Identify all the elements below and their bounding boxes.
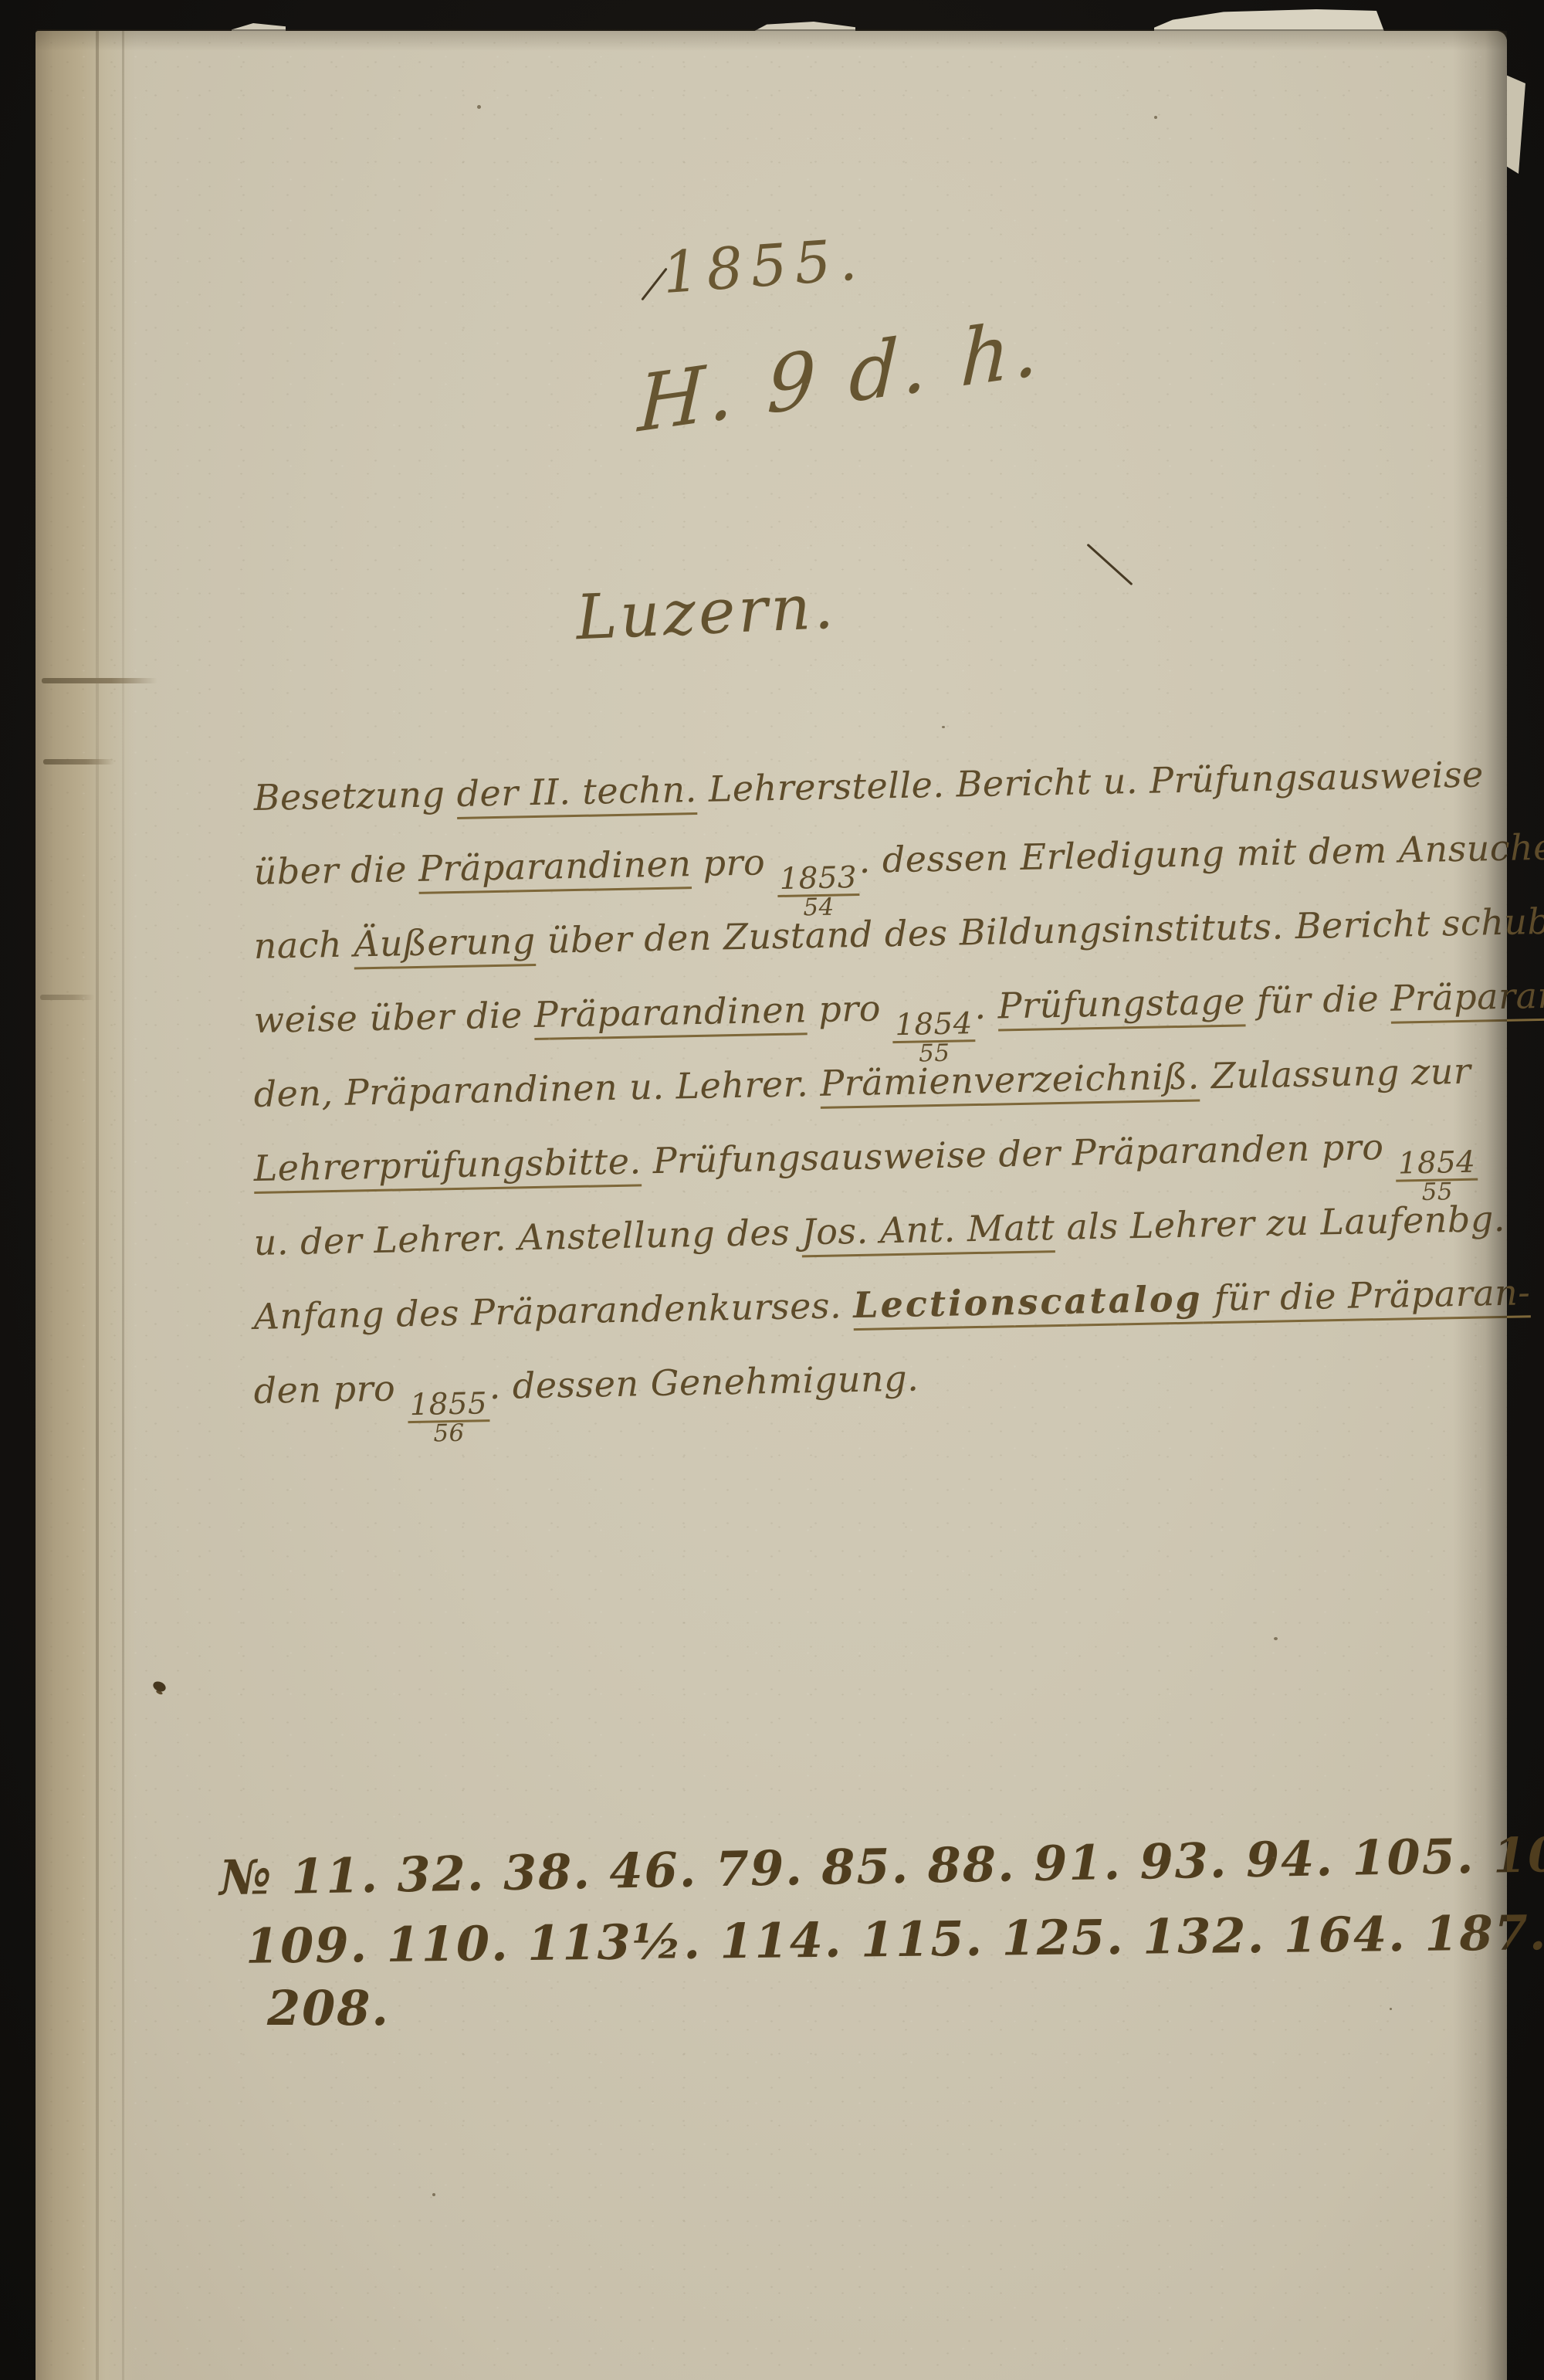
manuscript-body: Besetzung der II. techn. Lehrerstelle. B… xyxy=(255,777,1529,1444)
book-binding-edge xyxy=(36,31,136,2380)
binding-stitch xyxy=(40,995,94,1000)
stacked-year-fraction: 185455 xyxy=(1396,1149,1479,1204)
manuscript-text-segment: Prämienverzeichniß. xyxy=(820,1055,1200,1104)
stacked-year-fraction: 185354 xyxy=(777,864,860,919)
manuscript-text-segment: Jos. Ant. Matt xyxy=(801,1206,1055,1253)
manuscript-text-segment: nach xyxy=(253,924,354,967)
manuscript-text-segment: Präparandinen xyxy=(533,988,807,1036)
paper-speck xyxy=(1390,2008,1392,2010)
manuscript-text-segment: für die xyxy=(1244,978,1390,1022)
manuscript-text-segment: über die xyxy=(253,848,418,893)
year-heading: 1855. xyxy=(660,226,866,307)
manuscript-text-segment: als Lehrer zu Laufenbg. xyxy=(1055,1198,1506,1248)
ink-stain xyxy=(151,1680,167,1693)
manuscript-text-segment: Lehrerprüfungsbitte. xyxy=(253,1140,642,1189)
paper-speck xyxy=(1274,1637,1278,1640)
paper-speck xyxy=(1154,116,1157,119)
clerk-monogram: H. 9 d. h. xyxy=(637,301,1045,449)
manuscript-text-segment: Prüfungstage xyxy=(997,980,1245,1026)
manuscript-text-segment: für die Präparan- xyxy=(1202,1271,1531,1319)
place-heading: Luzern. xyxy=(574,571,838,654)
binding-crease xyxy=(122,31,124,2380)
register-number-line: № 11. 32. 38. 46. 79. 85. 88. 91. 93. 94… xyxy=(219,1823,1544,1907)
manuscript-text-segment: Lehrerstelle. Bericht u. Prüfungsausweis… xyxy=(696,753,1484,810)
binding-crease xyxy=(96,31,99,2380)
binding-stitch xyxy=(43,759,114,765)
stacked-year-fraction: 185455 xyxy=(892,1010,976,1065)
manuscript-text-segment: Lectionscatalog xyxy=(853,1277,1204,1326)
manuscript-text-segment: Äußerung xyxy=(354,920,536,965)
archive-scan-background: 1855. H. 9 d. h. Luzern. Besetzung der I… xyxy=(0,0,1544,2380)
manuscript-text-segment: Präparan- xyxy=(1390,974,1544,1019)
paper-speck xyxy=(942,726,945,728)
paper-speck xyxy=(432,2193,435,2196)
manuscript-text-segment: Präparandinen xyxy=(418,842,692,890)
register-number-line: 208. xyxy=(267,1980,390,2036)
manuscript-page: 1855. H. 9 d. h. Luzern. Besetzung der I… xyxy=(36,31,1507,2380)
manuscript-text-segment: der II. techn. xyxy=(456,768,697,815)
page-edge-shadow xyxy=(36,31,1507,51)
paper-fiber xyxy=(1087,544,1133,585)
manuscript-text-segment: Besetzung xyxy=(253,773,457,819)
manuscript-text-segment: pro 185455. xyxy=(807,985,998,1031)
manuscript-text-segment: weise über die xyxy=(253,994,534,1041)
paper-speck xyxy=(477,105,481,109)
register-number-line: 109. 110. 113½. 114. 115. 125. 132. 164.… xyxy=(245,1903,1544,1975)
stacked-year-fraction: 185556 xyxy=(407,1390,490,1445)
manuscript-text-segment: Zulassung zur xyxy=(1199,1050,1471,1097)
binding-stitch xyxy=(42,678,157,683)
